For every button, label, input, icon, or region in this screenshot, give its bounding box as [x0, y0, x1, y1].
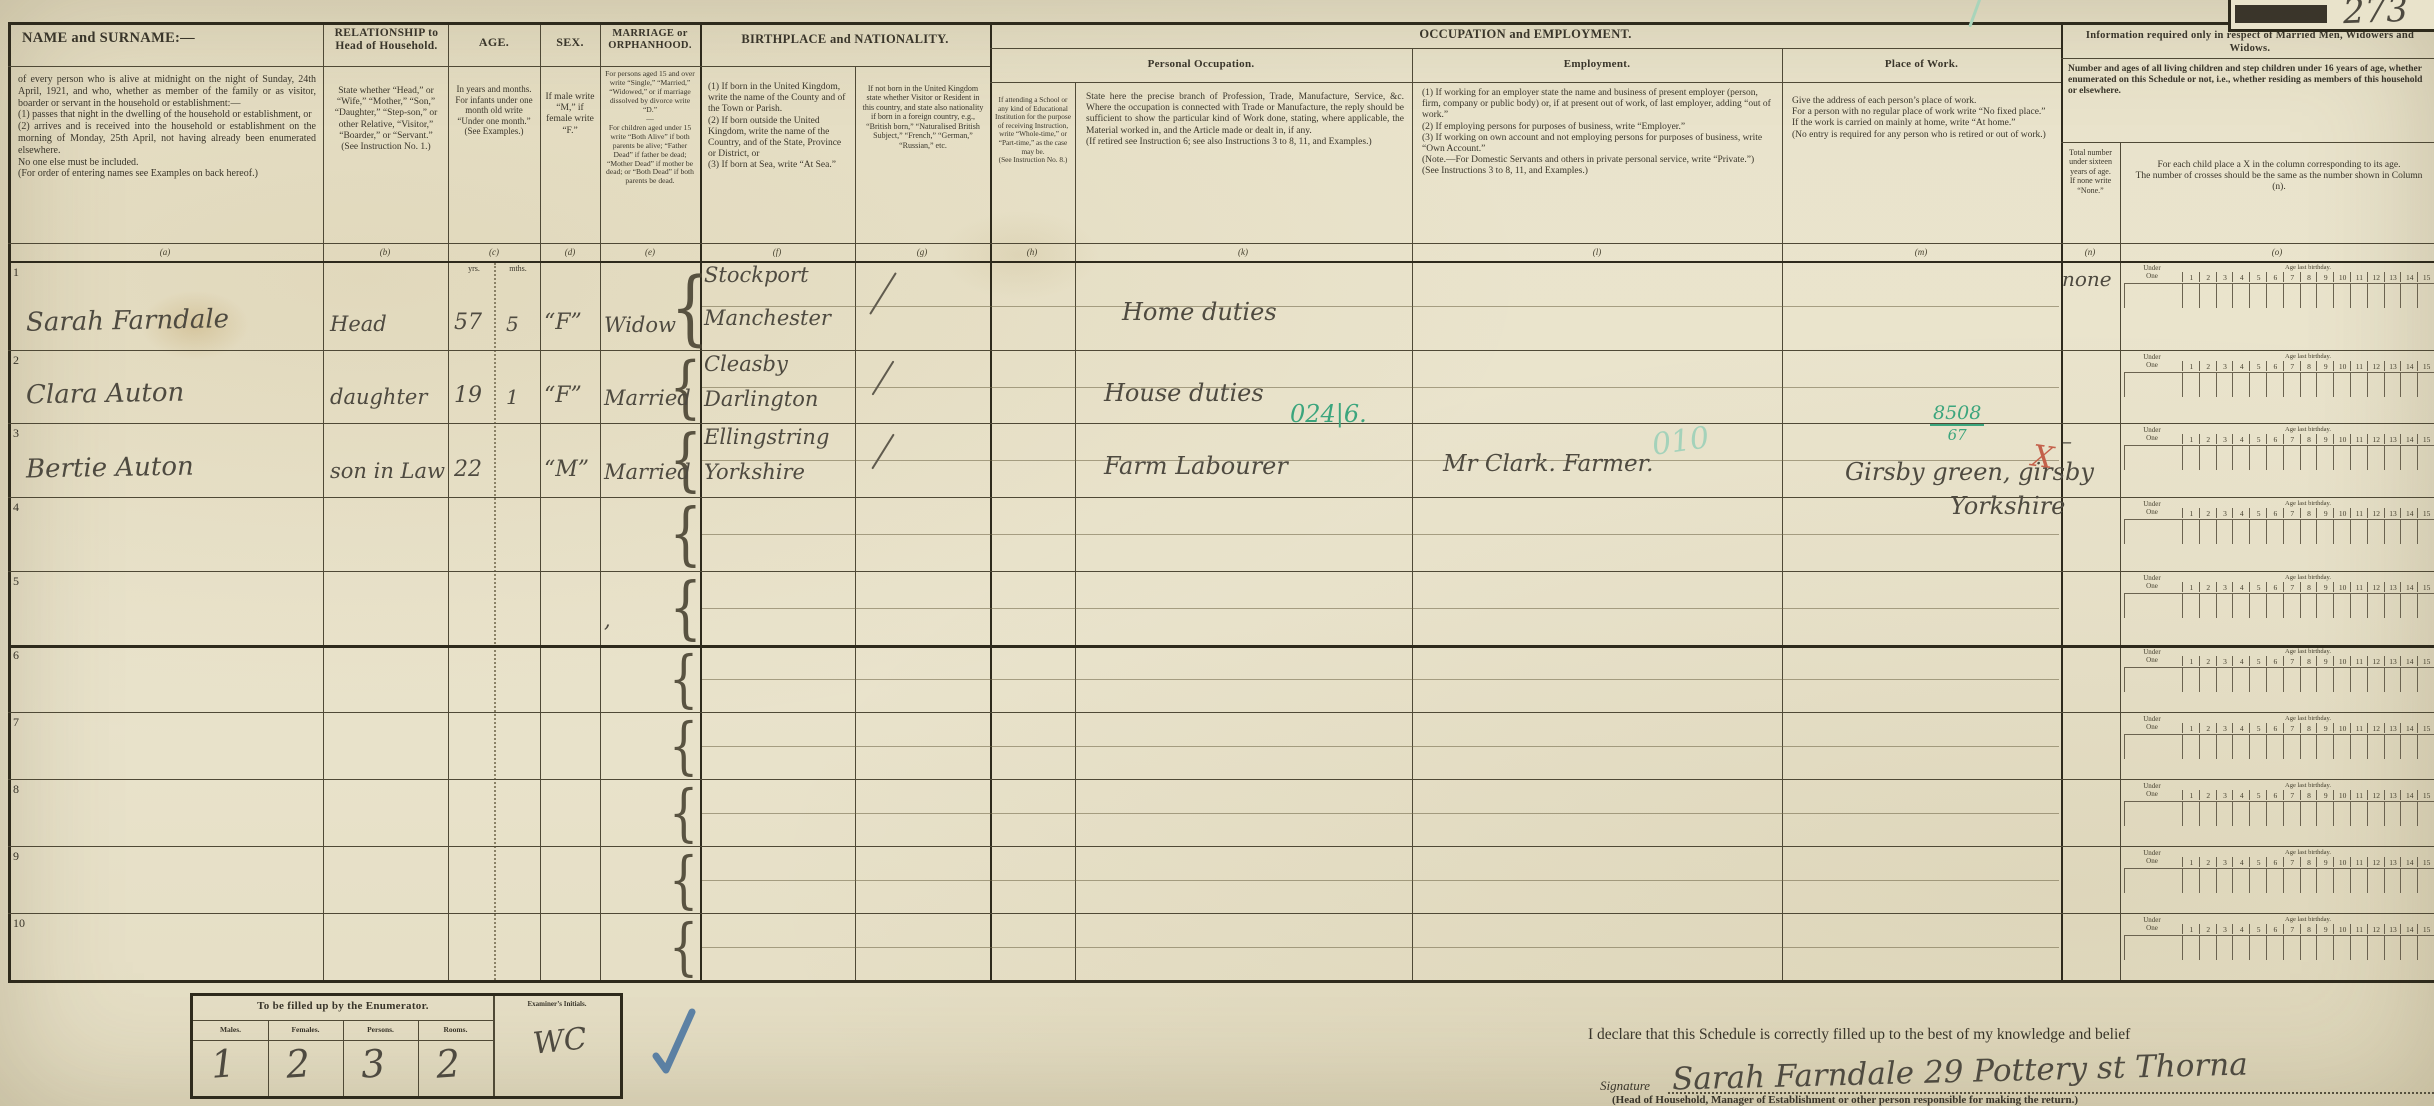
under-one-label: Under One: [2124, 716, 2180, 731]
age-cell-divider: [2384, 802, 2385, 826]
age-number-label: 3: [2216, 790, 2234, 800]
age-cell-divider: [2300, 869, 2301, 893]
age-cell-divider: [2333, 869, 2334, 893]
schedule-number-value: 273: [2342, 0, 2408, 32]
age-cell-divider: [2367, 446, 2368, 470]
age-cell-divider: [2300, 446, 2301, 470]
age-cell-divider: [2232, 594, 2233, 618]
age-cell-divider: [2249, 594, 2250, 618]
age-cell-divider: [2232, 520, 2233, 544]
age-number-label: 11: [2350, 723, 2368, 733]
age-cell-divider: [2216, 668, 2217, 692]
children-ages-mini-table: Under OneAge last birthday.1234567891011…: [2122, 849, 2434, 897]
birthplace-brace: {: [669, 646, 698, 713]
age-number-label: 8: [2300, 924, 2318, 934]
age-number-label: 8: [2300, 857, 2318, 867]
table-line: [8, 66, 990, 67]
age-number-label: 3: [2216, 361, 2234, 371]
age-cell-divider: [2417, 520, 2418, 544]
age-number-label: 7: [2283, 656, 2301, 666]
col-letter-a: (a): [130, 247, 200, 257]
age-number-label: 1: [2182, 361, 2200, 371]
children-total-entry: none: [2062, 267, 2112, 291]
age-number-label: 4: [2232, 361, 2250, 371]
col-letter-m: (m): [1886, 247, 1956, 257]
age-cell-divider: [2417, 668, 2418, 692]
table-line: [990, 82, 2061, 83]
schedule-number-label-chip: [2235, 5, 2327, 23]
row-number: 8: [13, 782, 19, 797]
birthplace-county-entry: Stockport: [704, 263, 809, 287]
age-number-label: 2: [2199, 790, 2217, 800]
age-months-entry: 5: [506, 312, 519, 336]
age-cell-divider: [2333, 284, 2334, 308]
age-cell-divider: [2199, 936, 2200, 960]
nationality-slash-mark: [869, 272, 897, 315]
enumerator-col-value: 2: [284, 1041, 311, 1087]
age-cell-divider: [2266, 668, 2267, 692]
age-number-label: 8: [2300, 790, 2318, 800]
table-line: [343, 1020, 344, 1096]
under-one-label: Under One: [2124, 265, 2180, 280]
age-number-label: 4: [2232, 924, 2250, 934]
age-number-label: 6: [2266, 857, 2284, 867]
signature-label: Signature: [1600, 1078, 1650, 1094]
children-ages-mini-table: Under OneAge last birthday.1234567891011…: [2122, 500, 2434, 548]
occupation-entry: Farm Labourer: [1104, 452, 1288, 480]
age-cell-divider: [2182, 936, 2183, 960]
children-ages-mini-table: Under OneAge last birthday.1234567891011…: [2122, 782, 2434, 830]
age-cell-divider: [2400, 594, 2401, 618]
age-cell-divider: [2350, 802, 2351, 826]
age-cell-divider: [2316, 520, 2317, 544]
examiner-initials-label: Examiner’s Initials.: [495, 1000, 619, 1008]
age-number-label: 10: [2333, 272, 2351, 282]
age-number-label: 12: [2367, 656, 2385, 666]
age-number-label: 2: [2199, 924, 2217, 934]
col-letter-o: (o): [2242, 247, 2312, 257]
age-number-label: 14: [2400, 508, 2418, 518]
row-half-guide-line: [702, 813, 2059, 814]
age-cell-divider: [2417, 869, 2418, 893]
age-number-label: 13: [2384, 924, 2402, 934]
col-sex-desc: If male write “M,” if female write “F.”: [543, 92, 597, 137]
age-cell-divider: [2316, 446, 2317, 470]
age-number-label: 2: [2199, 723, 2217, 733]
age-number-label: 4: [2232, 857, 2250, 867]
place-code-bottom: 67: [1930, 426, 1984, 444]
row-half-guide-line: [702, 679, 2059, 680]
age-strip-line: [2124, 519, 2434, 520]
relationship-entry: Head: [330, 312, 387, 336]
age-cell-divider: [2367, 869, 2368, 893]
row-half-guide-line: [702, 306, 2059, 307]
age-cell-divider: [2400, 735, 2401, 759]
birthplace-town-entry: Manchester: [704, 306, 831, 330]
age-number-label: 5: [2249, 508, 2267, 518]
occupation-entry: House duties: [1104, 379, 1264, 407]
age-number-label: 12: [2367, 508, 2385, 518]
age-cell-divider: [2400, 520, 2401, 544]
age-number-label: 2: [2199, 272, 2217, 282]
age-number-label: 3: [2216, 508, 2234, 518]
age-number-label: 1: [2182, 582, 2200, 592]
col-letter-l: (l): [1562, 247, 1632, 257]
age-last-birthday-label: Age last birthday.: [2182, 264, 2434, 271]
age-number-label: 3: [2216, 434, 2234, 444]
place-of-work-subtitle: Place of Work.: [1784, 58, 2059, 70]
age-strip-line: [2124, 734, 2434, 735]
age-number-label: 11: [2350, 272, 2368, 282]
age-number-label: 9: [2316, 723, 2334, 733]
age-cell-divider: [2124, 802, 2125, 826]
col-children-total-desc: Total number under sixteen years of age.…: [2063, 148, 2118, 195]
age-number-label: 7: [2283, 361, 2301, 371]
age-cell-divider: [2124, 284, 2125, 308]
age-number-label: 8: [2300, 272, 2318, 282]
children-ages-mini-table: Under OneAge last birthday.1234567891011…: [2122, 353, 2434, 401]
age-number-label: 2: [2199, 656, 2217, 666]
age-cell-divider: [2232, 936, 2233, 960]
table-row: 6{Under OneAge last birthday.12345678910…: [0, 645, 2434, 712]
col-letter-d: (d): [535, 247, 605, 257]
birthplace-county-entry: Cleasby: [704, 352, 788, 376]
age-number-label: 12: [2367, 723, 2385, 733]
age-cell-divider: [2216, 802, 2217, 826]
col-letter-g: (g): [887, 247, 957, 257]
age-years-entry: 19: [454, 383, 482, 408]
row-half-guide-line: [702, 947, 2059, 948]
age-number-label: 15: [2417, 272, 2434, 282]
age-number-label: 5: [2249, 582, 2267, 592]
age-last-birthday-label: Age last birthday.: [2182, 574, 2434, 581]
age-cell-divider: [2124, 735, 2125, 759]
col-occupation-desc: State here the precise branch of Profess…: [1086, 92, 1404, 148]
age-cell-divider: [2266, 936, 2267, 960]
age-cell-divider: [2333, 373, 2334, 397]
col-letter-f: (f): [742, 247, 812, 257]
age-cell-divider: [2333, 520, 2334, 544]
age-cell-divider: [2367, 802, 2368, 826]
row-number: 5: [13, 574, 19, 589]
age-cell-divider: [2182, 802, 2183, 826]
enumerator-col-value: 2: [434, 1041, 461, 1087]
age-number-label: 5: [2249, 857, 2267, 867]
age-number-label: 12: [2367, 434, 2385, 444]
age-cell-divider: [2249, 520, 2250, 544]
age-cell-divider: [2249, 668, 2250, 692]
age-cell-divider: [2333, 594, 2334, 618]
name-entry: Bertie Auton: [26, 452, 194, 485]
age-number-label: 13: [2384, 272, 2402, 282]
age-cell-divider: [2400, 373, 2401, 397]
age-cell-divider: [2350, 668, 2351, 692]
enumerator-col-label: Males.: [193, 1025, 268, 1034]
age-number-label: 1: [2182, 723, 2200, 733]
age-cell-divider: [2367, 284, 2368, 308]
age-number-label: 6: [2266, 723, 2284, 733]
married-group-desc: Number and ages of all living children a…: [2068, 64, 2428, 98]
age-cell-divider: [2182, 446, 2183, 470]
age-number-label: 15: [2417, 857, 2434, 867]
col-letter-n: (n): [2055, 247, 2125, 257]
age-number-label: 10: [2333, 361, 2351, 371]
age-number-label: 11: [2350, 582, 2368, 592]
age-number-label: 9: [2316, 582, 2334, 592]
age-number-label: 9: [2316, 790, 2334, 800]
table-line: [418, 1020, 419, 1096]
birthplace-brace: {: [669, 713, 698, 780]
age-cell-divider: [2350, 373, 2351, 397]
age-cell-divider: [2199, 520, 2200, 544]
col-children-crosses-desc: For each child place a X in the column c…: [2130, 160, 2428, 194]
age-number-label: 7: [2283, 434, 2301, 444]
age-number-label: 2: [2199, 857, 2217, 867]
age-cell-divider: [2199, 446, 2200, 470]
under-one-label: Under One: [2124, 575, 2180, 590]
age-cell-divider: [2300, 735, 2301, 759]
age-number-label: 12: [2367, 582, 2385, 592]
relationship-entry: daughter: [330, 385, 427, 409]
age-number-label: 14: [2400, 361, 2418, 371]
age-cell-divider: [2417, 373, 2418, 397]
col-letter-c: (c): [459, 247, 529, 257]
age-cell-divider: [2199, 373, 2200, 397]
age-strip-line: [2124, 283, 2434, 284]
age-cell-divider: [2367, 668, 2368, 692]
age-number-label: 4: [2232, 582, 2250, 592]
row-number: 3: [13, 426, 19, 441]
age-cell-divider: [2249, 936, 2250, 960]
age-number-label: 6: [2266, 582, 2284, 592]
col-name-title: NAME and SURNAME:—: [22, 30, 320, 47]
declaration-caption: (Head of Household, Manager of Establish…: [1612, 1094, 2432, 1106]
age-number-label: 1: [2182, 857, 2200, 867]
age-cell-divider: [2283, 520, 2284, 544]
age-number-label: 6: [2266, 656, 2284, 666]
age-cell-divider: [2350, 284, 2351, 308]
blue-check-mark: [642, 998, 702, 1078]
census-schedule-scan: NAME and SURNAME:— RELATIONSHIP to Head …: [0, 0, 2434, 1106]
age-cell-divider: [2199, 668, 2200, 692]
birthplace-brace: {: [669, 498, 701, 572]
birthplace-brace: {: [669, 914, 698, 981]
age-cell-divider: [2216, 735, 2217, 759]
age-cell-divider: [2283, 373, 2284, 397]
age-number-label: 2: [2199, 434, 2217, 444]
age-number-label: 13: [2384, 790, 2402, 800]
age-number-label: 13: [2384, 361, 2402, 371]
age-number-label: 6: [2266, 272, 2284, 282]
age-cell-divider: [2283, 668, 2284, 692]
age-number-label: 11: [2350, 656, 2368, 666]
age-number-label: 13: [2384, 656, 2402, 666]
row-number: 4: [13, 500, 19, 515]
age-cell-divider: [2316, 936, 2317, 960]
age-cell-divider: [2384, 520, 2385, 544]
age-cell-divider: [2249, 284, 2250, 308]
children-ages-mini-table: Under OneAge last birthday.1234567891011…: [2122, 648, 2434, 696]
age-number-label: 14: [2400, 434, 2418, 444]
age-cell-divider: [2316, 284, 2317, 308]
age-number-label: 7: [2283, 272, 2301, 282]
table-line: [2061, 58, 2434, 59]
age-cell-divider: [2350, 520, 2351, 544]
name-entry: Sarah Farndale: [26, 304, 230, 338]
age-cell-divider: [2199, 594, 2200, 618]
age-number-label: 12: [2367, 361, 2385, 371]
children-ages-mini-table: Under OneAge last birthday.1234567891011…: [2122, 916, 2434, 964]
age-cell-divider: [2216, 520, 2217, 544]
age-cell-divider: [2283, 594, 2284, 618]
age-cell-divider: [2199, 802, 2200, 826]
marriage-entry: Married: [604, 386, 691, 410]
col-marriage-desc: For persons aged 15 and over write “Sing…: [604, 70, 696, 186]
examiner-initials-value: WC: [531, 1021, 588, 1061]
age-number-label: 5: [2249, 272, 2267, 282]
col-school-desc: If attending a School or any kind of Edu…: [995, 96, 1071, 165]
place-of-work-entry-line1: Girsby green, girsby: [1845, 458, 2094, 486]
age-number-label: 14: [2400, 272, 2418, 282]
nationality-slash-mark: [871, 434, 894, 470]
age-cell-divider: [2216, 373, 2217, 397]
table-row: 4{Under OneAge last birthday.12345678910…: [0, 497, 2434, 571]
age-cell-divider: [2384, 869, 2385, 893]
age-cell-divider: [2199, 284, 2200, 308]
age-cell-divider: [2232, 373, 2233, 397]
age-cell-divider: [2333, 446, 2334, 470]
age-cell-divider: [2199, 735, 2200, 759]
married-group-title: Information required only in respect of …: [2070, 30, 2430, 55]
age-years-entry: 22: [454, 457, 482, 482]
table-line: [8, 980, 2434, 983]
age-cell-divider: [2384, 668, 2385, 692]
age-number-label: 14: [2400, 582, 2418, 592]
age-cell-divider: [2400, 668, 2401, 692]
age-last-birthday-label: Age last birthday.: [2182, 500, 2434, 507]
age-number-label: 14: [2400, 857, 2418, 867]
age-cell-divider: [2417, 284, 2418, 308]
col-sex-title: SEX.: [541, 35, 599, 50]
age-last-birthday-label: Age last birthday.: [2182, 715, 2434, 722]
declaration-text: I declare that this Schedule is correctl…: [1588, 1026, 2434, 1044]
age-number-label: 3: [2216, 924, 2234, 934]
row-number: 6: [13, 648, 19, 663]
age-number-label: 15: [2417, 582, 2434, 592]
age-number-label: 14: [2400, 723, 2418, 733]
age-number-label: 8: [2300, 361, 2318, 371]
age-cell-divider: [2300, 373, 2301, 397]
age-cell-divider: [2350, 594, 2351, 618]
birthplace-town-entry: Yorkshire: [704, 460, 805, 484]
age-cell-divider: [2300, 284, 2301, 308]
age-cell-divider: [2266, 373, 2267, 397]
age-last-birthday-label: Age last birthday.: [2182, 916, 2434, 923]
age-strip-line: [2124, 593, 2434, 594]
age-cell-divider: [2384, 936, 2385, 960]
age-strip-line: [2124, 868, 2434, 869]
age-number-label: 3: [2216, 582, 2234, 592]
age-number-label: 11: [2350, 790, 2368, 800]
age-number-label: 2: [2199, 582, 2217, 592]
age-cell-divider: [2182, 373, 2183, 397]
age-number-label: 4: [2232, 272, 2250, 282]
row-half-guide-line: [702, 387, 2059, 388]
age-cell-divider: [2367, 735, 2368, 759]
birthplace-group-title: BIRTHPLACE and NATIONALITY.: [702, 32, 988, 47]
col-birthplace-desc: (1) If born in the United Kingdom, write…: [708, 82, 850, 172]
age-number-label: 2: [2199, 361, 2217, 371]
col-name-desc: of every person who is alive at midnight…: [18, 74, 316, 180]
age-number-label: 9: [2316, 434, 2334, 444]
age-number-label: 12: [2367, 857, 2385, 867]
age-cell-divider: [2316, 802, 2317, 826]
age-cell-divider: [2400, 446, 2401, 470]
age-number-label: 7: [2283, 582, 2301, 592]
under-one-label: Under One: [2124, 427, 2180, 442]
age-number-label: 14: [2400, 790, 2418, 800]
age-cell-divider: [2400, 936, 2401, 960]
age-cell-divider: [2350, 936, 2351, 960]
age-cell-divider: [2367, 520, 2368, 544]
table-row: 1{Sarah FarndaleHead575“F”WidowStockport…: [0, 261, 2434, 350]
age-cell-divider: [2249, 735, 2250, 759]
age-cell-divider: [2124, 936, 2125, 960]
age-cell-divider: [2232, 735, 2233, 759]
age-cell-divider: [2283, 936, 2284, 960]
age-number-label: 5: [2249, 723, 2267, 733]
age-number-label: 9: [2316, 857, 2334, 867]
age-cell-divider: [2300, 936, 2301, 960]
age-cell-divider: [2266, 520, 2267, 544]
age-number-label: 8: [2300, 508, 2318, 518]
relationship-entry: son in Law: [330, 459, 445, 483]
place-code-top: 8508: [1930, 402, 1984, 426]
age-cell-divider: [2266, 735, 2267, 759]
age-cell-divider: [2182, 284, 2183, 308]
personal-occupation-subtitle: Personal Occupation.: [992, 58, 1410, 70]
age-strip-line: [2124, 372, 2434, 373]
birthplace-brace: {: [669, 572, 701, 646]
col-age-desc: In years and months. For infants under o…: [452, 84, 536, 137]
age-number-label: 9: [2316, 508, 2334, 518]
sex-entry: “F”: [544, 383, 582, 408]
marriage-entry: Married: [604, 460, 691, 484]
col-marriage-title: MARRIAGE or ORPHANHOOD.: [602, 28, 698, 52]
col-relationship-title: RELATIONSHIP to Head of Household.: [327, 27, 446, 52]
age-number-label: 2: [2199, 508, 2217, 518]
age-number-label: 13: [2384, 857, 2402, 867]
age-cell-divider: [2350, 446, 2351, 470]
age-cell-divider: [2283, 869, 2284, 893]
age-cell-divider: [2316, 373, 2317, 397]
age-number-label: 8: [2300, 656, 2318, 666]
place-code-annotation: 8508 67: [1930, 402, 1984, 444]
occupation-group-title: OCCUPATION and EMPLOYMENT.: [992, 27, 2059, 42]
age-number-label: 12: [2367, 790, 2385, 800]
age-cell-divider: [2417, 594, 2418, 618]
table-row: 5{,Under OneAge last birthday.1234567891…: [0, 571, 2434, 645]
age-number-label: 1: [2182, 790, 2200, 800]
row-number: 9: [13, 849, 19, 864]
col-letter-k: (k): [1208, 247, 1278, 257]
age-last-birthday-label: Age last birthday.: [2182, 849, 2434, 856]
col-letter-h: (h): [997, 247, 1067, 257]
age-number-label: 1: [2182, 434, 2200, 444]
age-number-label: 7: [2283, 924, 2301, 934]
age-number-label: 14: [2400, 656, 2418, 666]
birthplace-town-entry: Darlington: [704, 387, 818, 411]
